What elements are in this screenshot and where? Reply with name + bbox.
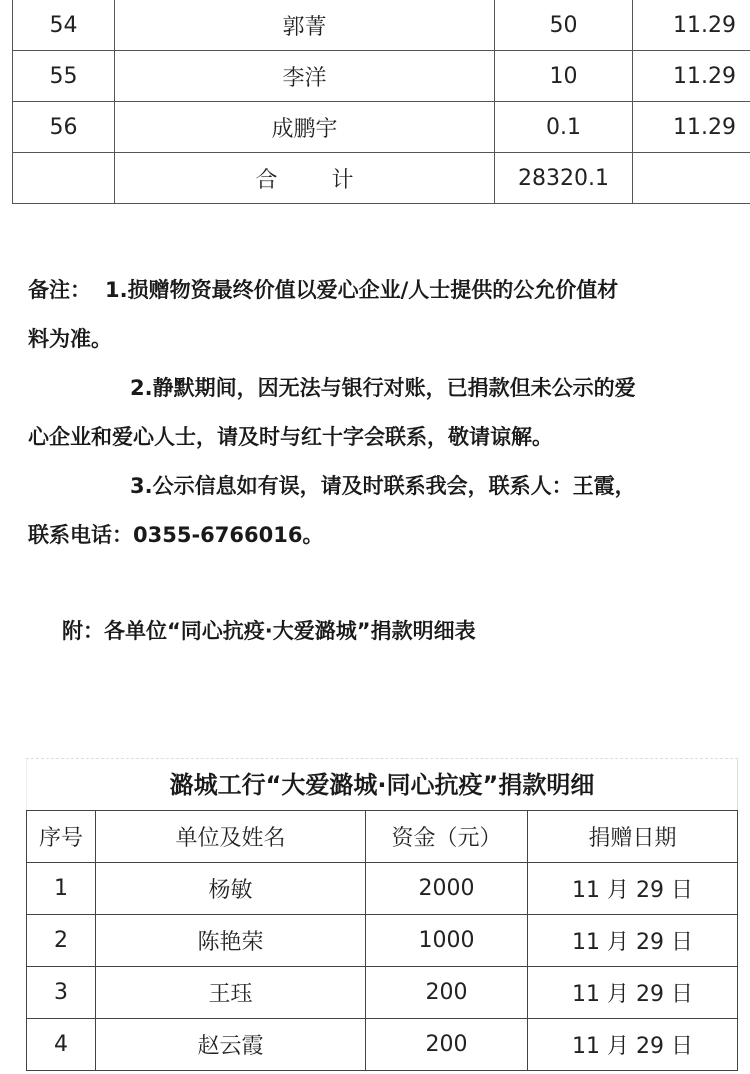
table-row: 1 杨敏 2000 11 月 29 日 [27,863,738,915]
row-number: 56 [13,102,115,153]
note-3-line-1: 3.公示信息如有误，请及时联系我会，联系人：王霞， [130,462,636,511]
donation-amount: 1000 [366,915,528,967]
header-amount: 资金（元） [366,811,528,863]
notes-label: 备注： [28,278,91,302]
attachment-heading: 附：各单位“同心抗疫·大爱潞城”捐款明细表 [62,615,476,645]
donation-amount: 10 [495,51,633,102]
total-label-right: 计 [332,168,354,193]
row-number: 55 [13,51,115,102]
note-1-line-2: 料为准。 [28,315,112,364]
table-header-row: 序号 单位及姓名 资金（元） 捐赠日期 [27,811,738,863]
donation-amount: 2000 [366,863,528,915]
donor-name: 陈艳荣 [96,915,366,967]
donation-date: 11 月 29 日 [528,967,738,1019]
donation-date: 11.29 [633,51,750,102]
row-number: 1 [27,863,96,915]
donor-name: 成鹏宇 [115,102,495,153]
donation-table-continued: 54 郭菁 50 11.29 55 李洋 10 11.29 56 成鹏宇 0.1… [12,0,750,204]
note-1-line-1: 备注：1.损赠物资最终价值以爱心企业/人士提供的公允价值材 [28,266,618,315]
note-3-line-2: 联系电话：0355-6766016。 [28,511,323,560]
table-row: 54 郭菁 50 11.29 [13,0,750,51]
donation-amount: 200 [366,967,528,1019]
donor-name: 郭菁 [115,0,495,51]
table-row: 3 王珏 200 11 月 29 日 [27,967,738,1019]
total-label-left: 合 [255,168,277,193]
header-date: 捐赠日期 [528,811,738,863]
table-row: 4 赵云霞 200 11 月 29 日 [27,1019,738,1071]
row-number: 3 [27,967,96,1019]
donation-amount: 50 [495,0,633,51]
header-number: 序号 [27,811,96,863]
row-number: 2 [27,915,96,967]
donation-amount: 200 [366,1019,528,1071]
header-name: 单位及姓名 [96,811,366,863]
row-number: 4 [27,1019,96,1071]
donation-date: 11 月 29 日 [528,863,738,915]
table-row: 2 陈艳荣 1000 11 月 29 日 [27,915,738,967]
table-row: 56 成鹏宇 0.1 11.29 [13,102,750,153]
donation-date: 11.29 [633,0,750,51]
donation-date: 11 月 29 日 [528,915,738,967]
total-row: 合计 28320.1 [13,153,750,204]
donation-amount: 0.1 [495,102,633,153]
total-label: 合计 [115,153,495,204]
empty-cell [633,153,750,204]
donation-date: 11 月 29 日 [528,1019,738,1071]
detail-table-title: 潞城工行“大爱潞城·同心抗疫”捐款明细 [26,758,738,811]
bank-donation-detail-table: 序号 单位及姓名 资金（元） 捐赠日期 1 杨敏 2000 11 月 29 日 … [26,810,738,1071]
donor-name: 李洋 [115,51,495,102]
table-row: 55 李洋 10 11.29 [13,51,750,102]
note-1-text: 1.损赠物资最终价值以爱心企业/人士提供的公允价值材 [105,278,618,302]
note-2-line-1: 2.静默期间，因无法与银行对账，已捐款但未公示的爱 [130,364,636,413]
donor-name: 赵云霞 [96,1019,366,1071]
row-number: 54 [13,0,115,51]
empty-cell [13,153,115,204]
donor-name: 王珏 [96,967,366,1019]
note-2-line-2: 心企业和爱心人士，请及时与红十字会联系，敬请谅解。 [28,413,553,462]
donation-date: 11.29 [633,102,750,153]
donor-name: 杨敏 [96,863,366,915]
total-amount: 28320.1 [495,153,633,204]
